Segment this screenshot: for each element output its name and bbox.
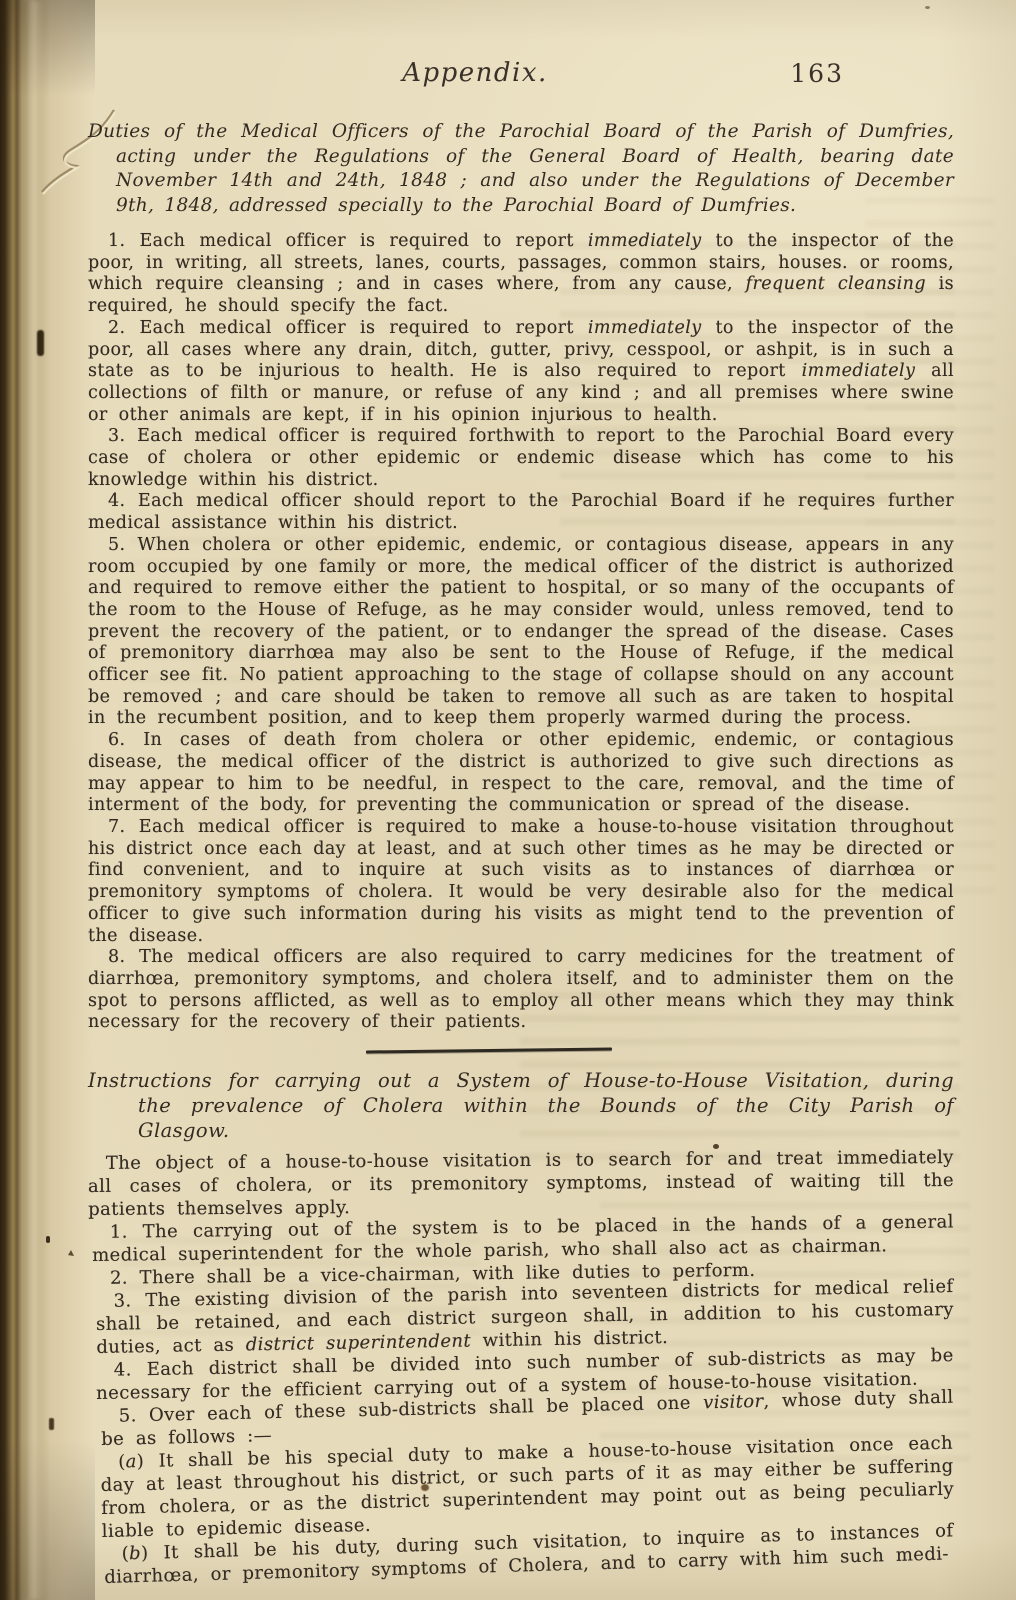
page-text-column: Duties of the Medical Officers of the Pa… xyxy=(88,120,954,1589)
binding-mark xyxy=(37,330,44,356)
duties-paragraph-3: 3. Each medical officer is required fort… xyxy=(88,426,954,491)
duties-paragraph-5: 5. When cholera or other epidemic, endem… xyxy=(88,535,954,730)
ink-blot xyxy=(421,1484,429,1491)
book-binding-edge xyxy=(0,0,95,1600)
duties-paragraph-7: 7. Each medical officer is required to m… xyxy=(88,817,954,947)
ink-speck xyxy=(49,1418,54,1430)
ink-speck xyxy=(577,414,581,418)
scanned-book-page: Appendix. 163 Duties of the Medical Offi… xyxy=(0,0,1016,1600)
page-number: 163 xyxy=(790,59,844,88)
duties-section-title: Duties of the Medical Officers of the Pa… xyxy=(88,120,954,218)
ink-speck xyxy=(713,1144,719,1149)
running-head: Appendix. xyxy=(88,58,862,88)
duties-paragraph-8: 8. The medical officers are also require… xyxy=(88,947,954,1034)
instructions-section-title: Instructions for carrying out a System o… xyxy=(88,1068,954,1143)
duties-paragraph-6: 6. In cases of death from cholera or oth… xyxy=(88,730,954,817)
instructions-intro: The object of a house-to-house visitatio… xyxy=(88,1146,954,1221)
duties-paragraph-2: 2. Each medical officer is required to r… xyxy=(88,318,954,427)
duties-paragraph-4: 4. Each medical officer should report to… xyxy=(88,491,954,534)
binding-fold-ridge xyxy=(18,0,44,1600)
duties-paragraph-1: 1. Each medical officer is required to r… xyxy=(88,231,954,318)
ink-speck xyxy=(925,6,930,9)
page-header: Appendix. 163 xyxy=(88,58,952,94)
section-divider-rule xyxy=(366,1048,612,1054)
ink-speck xyxy=(46,1236,50,1243)
